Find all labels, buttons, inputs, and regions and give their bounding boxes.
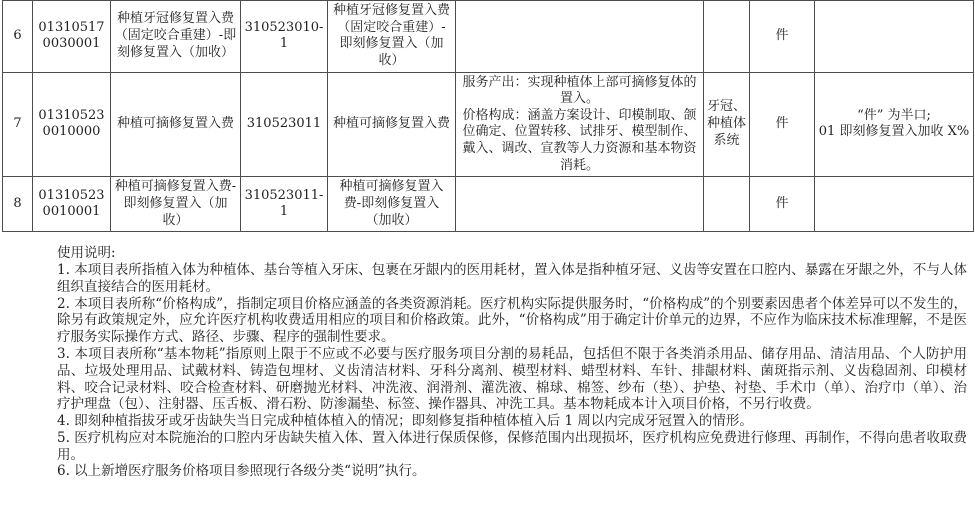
finance-code-cell: 310523010-1 [241, 1, 328, 73]
usage-notes-section: 使用说明: 1. 本项目表所指植入体为种植体、基台等植入牙床、包裹在牙龈内的医用… [57, 245, 967, 480]
seq-cell: 8 [3, 177, 33, 232]
note-item-6: 6. 以上新增医疗服务价格项目参照现行各级分类“说明”执行。 [57, 463, 967, 480]
unit-cell: 件 [750, 1, 815, 73]
table-row: 6 013105170030001 种植牙冠修复置入费（固定咬合重建）-即刻修复… [3, 1, 974, 73]
item-code-cell: 013105230010001 [33, 177, 111, 232]
note-item-2: 2. 本项目表所称“价格构成”，指制定项目价格应涵盖的各类资源消耗。医疗机构实际… [57, 296, 967, 346]
remark-cell: “件” 为半口; 01 即刻修复置入加收 X% [815, 72, 974, 177]
exclusion-cell [704, 177, 750, 232]
scanned-document-page: 6 013105170030001 种植牙冠修复置入费（固定咬合重建）-即刻修复… [0, 0, 975, 506]
description-cell [456, 1, 704, 73]
finance-name-cell: 种植可摘修复置入费 [328, 72, 456, 177]
remark-cell [815, 1, 974, 73]
seq-cell: 6 [3, 1, 33, 73]
item-name-cell: 种植牙冠修复置入费（固定咬合重建）-即刻修复置入（加收） [111, 1, 241, 73]
table-row: 8 013105230010001 种植可摘修复置入费-即刻修复置入（加收） 3… [3, 177, 974, 232]
note-item-1: 1. 本项目表所指植入体为种植体、基台等植入牙床、包裹在牙龈内的医用耗材，置入体… [57, 262, 967, 296]
unit-cell: 件 [750, 72, 815, 177]
finance-code-cell: 310523011-1 [241, 177, 328, 232]
note-item-4: 4. 即刻种植指拔牙或牙齿缺失当日完成种植体植入的情况；即刻修复指种植体植入后 … [57, 413, 967, 430]
table-row: 7 013105230010000 种植可摘修复置入费 310523011 种植… [3, 72, 974, 177]
unit-cell: 件 [750, 177, 815, 232]
price-items-table: 6 013105170030001 种植牙冠修复置入费（固定咬合重建）-即刻修复… [2, 0, 974, 232]
note-item-3: 3. 本项目表所称“基本物耗”指原则上限于不应或不必要与医疗服务项目分割的易耗品… [57, 346, 967, 413]
seq-cell: 7 [3, 72, 33, 177]
finance-name-cell: 种植可摘修复置入费-即刻修复置入（加收） [328, 177, 456, 232]
item-name-cell: 种植可摘修复置入费-即刻修复置入（加收） [111, 177, 241, 232]
item-name-cell: 种植可摘修复置入费 [111, 72, 241, 177]
exclusion-cell: 牙冠、种植体系统 [704, 72, 750, 177]
item-code-cell: 013105230010000 [33, 72, 111, 177]
remark-cell [815, 177, 974, 232]
description-cell [456, 177, 704, 232]
finance-name-cell: 种植牙冠修复置入费（固定咬合重建）-即刻修复置入（加收） [328, 1, 456, 73]
exclusion-cell [704, 1, 750, 73]
item-code-cell: 013105170030001 [33, 1, 111, 73]
note-item-5: 5. 医疗机构应对本院施治的口腔内牙齿缺失植入体、置入体进行保质保修，保修范围内… [57, 430, 967, 464]
description-cell: 服务产出：实现种植体上部可摘修复体的置入。 价格构成：涵盖方案设计、印模制取、颌… [456, 72, 704, 177]
finance-code-cell: 310523011 [241, 72, 328, 177]
usage-notes-title: 使用说明: [57, 245, 967, 262]
